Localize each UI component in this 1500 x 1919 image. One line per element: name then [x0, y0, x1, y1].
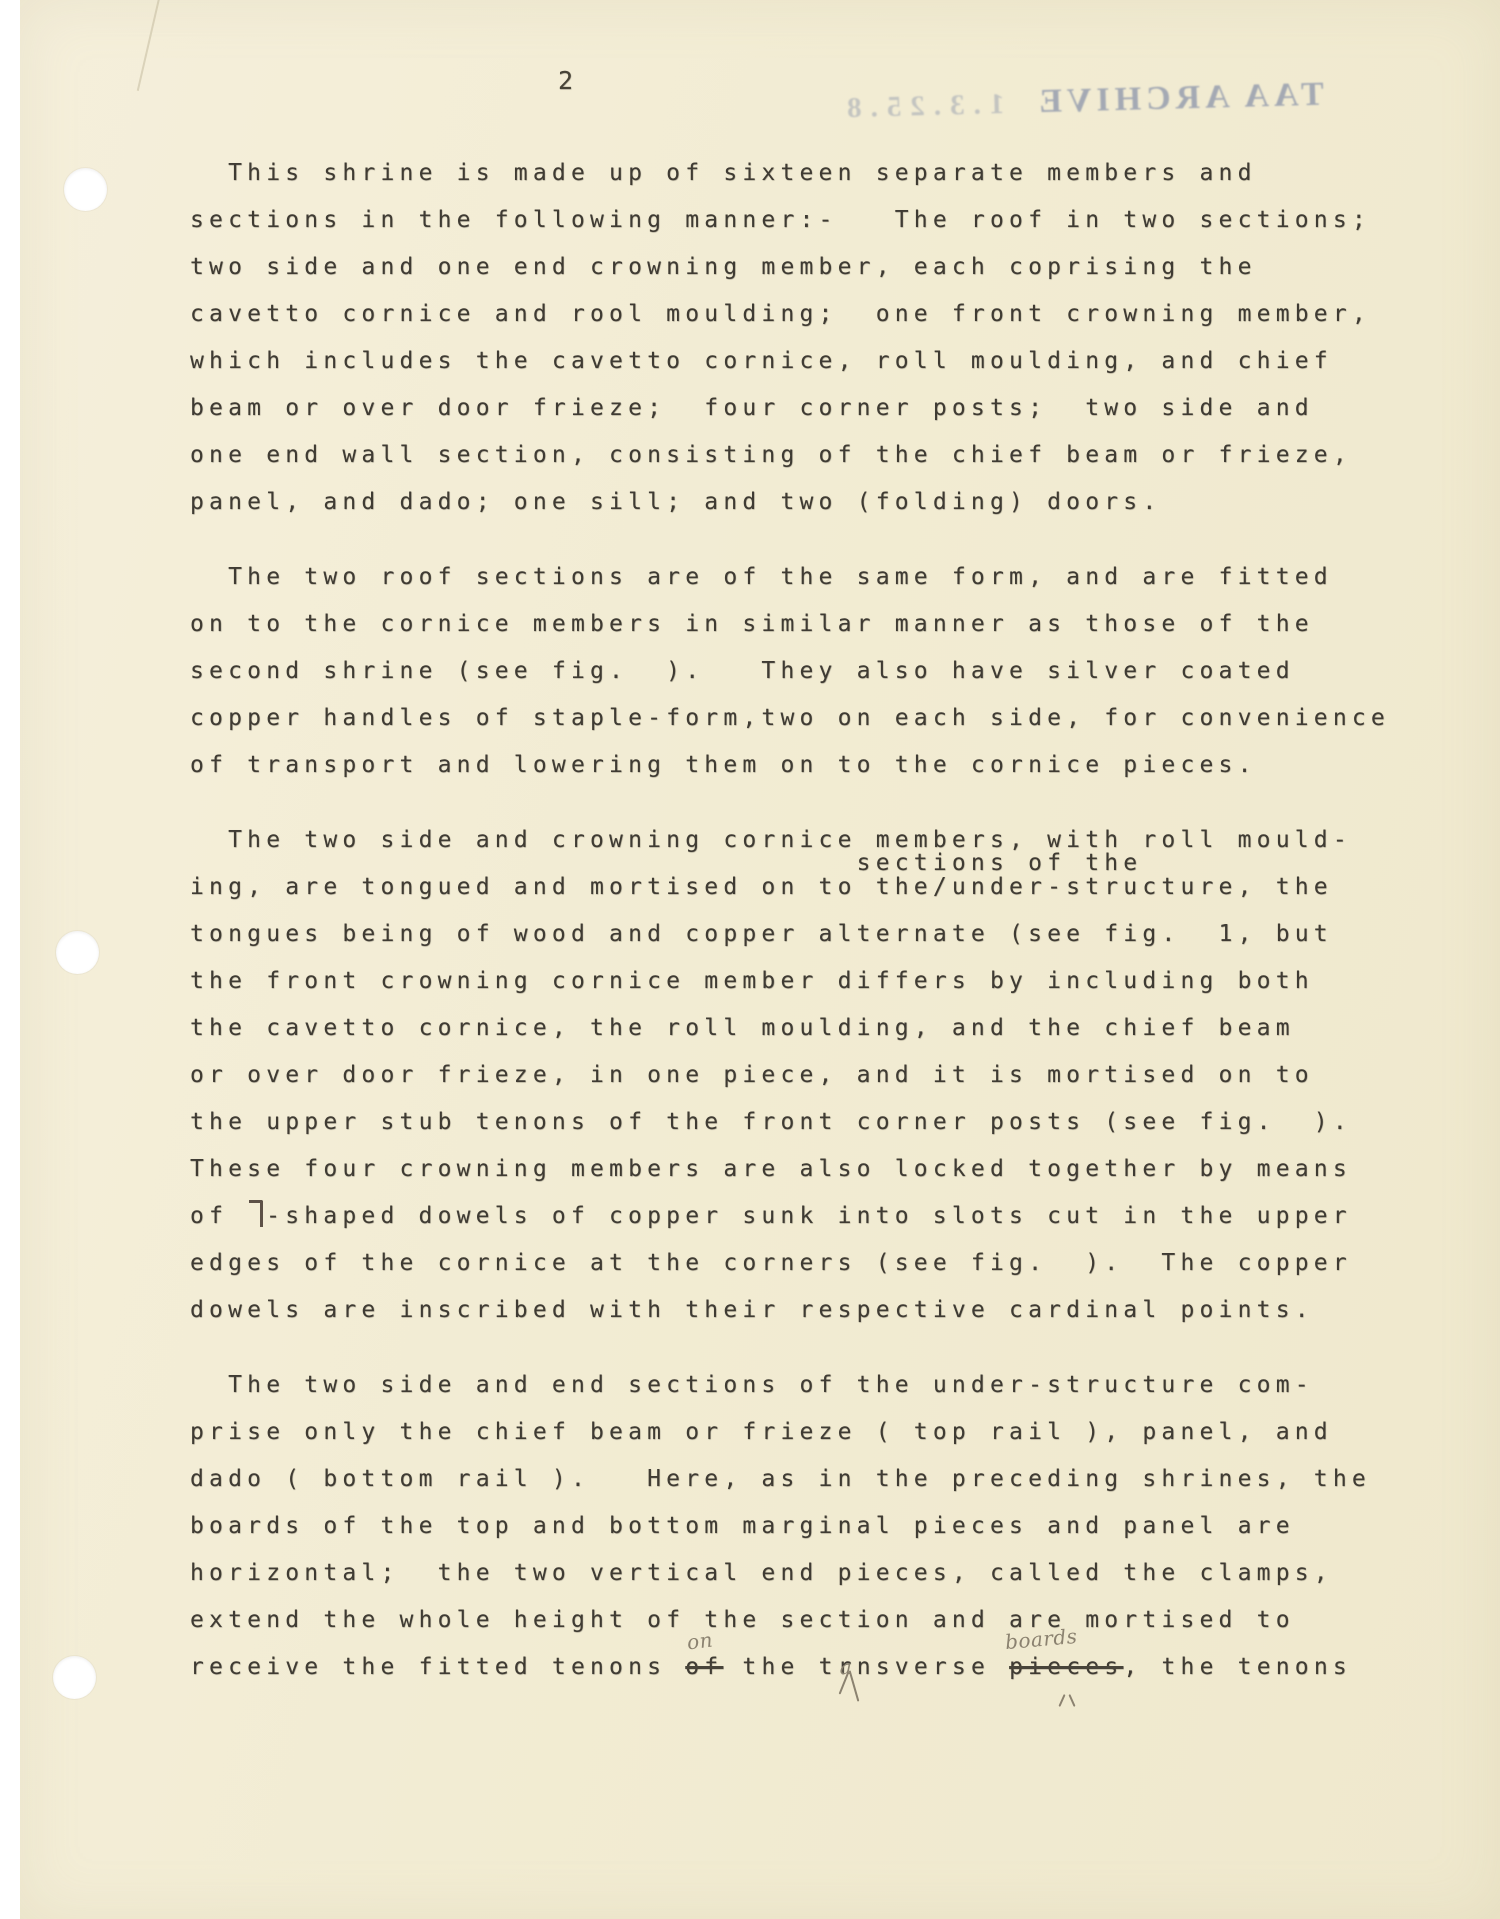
typed-line: boards of the top and bottom marginal pi… [190, 1503, 1450, 1550]
typed-line: the cavetto cornice, the roll moulding, … [190, 1005, 1450, 1052]
typed-line: edges of the cornice at the corners (see… [190, 1240, 1450, 1287]
punch-hole [56, 931, 99, 974]
typed-line: copper handles of staple-form,two on eac… [190, 695, 1450, 742]
typed-line-with-dowel-glyph: of -shaped dowels of copper sunk into sl… [190, 1193, 1450, 1240]
typed-line: one end wall section, consisting of the … [190, 432, 1450, 479]
typed-line: This shrine is made up of sixteen separa… [190, 150, 1450, 197]
paragraph: The two side and crowning cornice member… [190, 817, 1450, 1334]
typed-line: dowels are inscribed with their respecti… [190, 1287, 1450, 1334]
typed-line: on to the cornice members in similar man… [190, 601, 1450, 648]
document-page: 2 TAA ARCHIVE 1.3.25.8 This shrine is ma… [0, 0, 1500, 1919]
punch-hole [53, 1656, 96, 1699]
typed-line: panel, and dado; one sill; and two (fold… [190, 479, 1450, 526]
stamp-code: 1.3.25.8 [838, 88, 1005, 125]
handwritten-boards: boards [1003, 1613, 1079, 1666]
typed-line: horizontal; the two vertical end pieces,… [190, 1550, 1450, 1597]
typed-line: or over door frieze, in one piece, and i… [190, 1052, 1450, 1099]
typed-line: cavetto cornice and rool moulding; one f… [190, 291, 1450, 338]
paragraph: This shrine is made up of sixteen separa… [190, 150, 1450, 526]
paragraph: The two roof sections are of the same fo… [190, 554, 1450, 789]
typewritten-body-text: This shrine is made up of sixteen separa… [190, 150, 1450, 1691]
typed-line: dado ( bottom rail ). Here, as in the pr… [190, 1456, 1450, 1503]
typed-line: beam or over door frieze; four corner po… [190, 385, 1450, 432]
typed-line: second shrine (see fig. ). They also hav… [190, 648, 1450, 695]
paragraph: The two side and end sections of the und… [190, 1362, 1450, 1691]
l-shaped-dowel-glyph [249, 1200, 263, 1227]
typed-line: which includes the cavetto cornice, roll… [190, 338, 1450, 385]
typed-line: prise only the chief beam or frieze ( to… [190, 1409, 1450, 1456]
typed-line: two side and one end crowning member, ea… [190, 244, 1450, 291]
typed-line: The two side and end sections of the und… [190, 1362, 1450, 1409]
typed-line: the upper stub tenons of the front corne… [190, 1099, 1450, 1146]
punch-hole [64, 168, 107, 211]
typed-line: of transport and lowering them on to the… [190, 742, 1450, 789]
typed-line: the front crowning cornice member differ… [190, 958, 1450, 1005]
typed-line: extend the whole height of the section a… [190, 1597, 1450, 1644]
typed-line-with-corrections: receive the fitted tenons ofon the trans… [190, 1644, 1450, 1691]
typed-line: The two roof sections are of the same fo… [190, 554, 1450, 601]
struck-word-pieces: piecesboards [1009, 1644, 1123, 1691]
typed-line: sections in the following manner:- The r… [190, 197, 1450, 244]
typed-line: These four crowning members are also loc… [190, 1146, 1450, 1193]
typed-line: tongues being of wood and copper alterna… [190, 911, 1450, 958]
page-number: 2 [558, 66, 577, 95]
paper-crease [137, 0, 161, 91]
stamp-text: TAA ARCHIVE [1034, 76, 1324, 122]
struck-word-of: ofon [685, 1644, 723, 1691]
